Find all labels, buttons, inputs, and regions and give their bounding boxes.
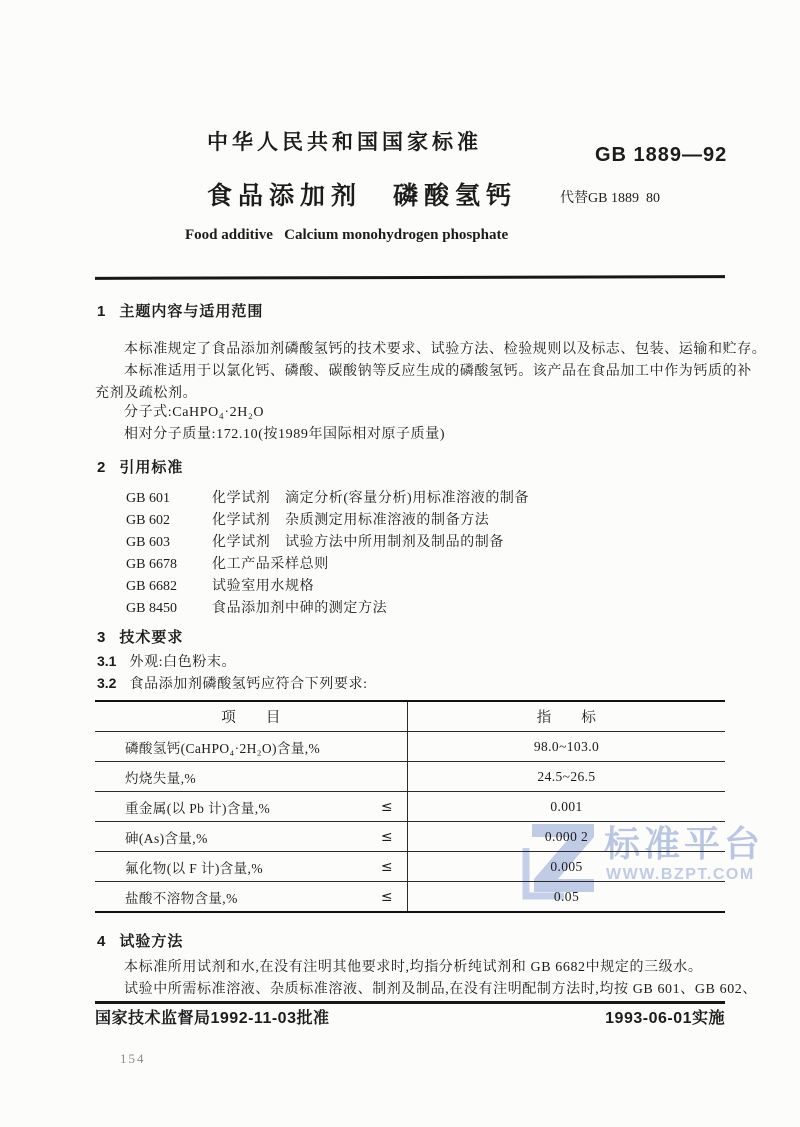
column-header-spec: 指 标 <box>408 701 726 732</box>
clause-3-2: 3.2食品添加剂磷酸氢钙应符合下列要求: <box>97 674 368 695</box>
row-item-label: 灼烧失量,% <box>95 767 196 787</box>
section-1-paragraph-2b: 充剂及疏松剂。 <box>95 385 197 404</box>
reference-item: GB 6678化工产品采样总则 <box>126 553 329 573</box>
document-title: 食品添加剂 磷酸氢钙 <box>207 180 517 214</box>
row-spec-value: 0.005 <box>408 852 726 882</box>
row-item-label: 重金属(以 Pb 计)含量,% <box>95 797 270 817</box>
row-item-label: 氟化物(以 F 计)含量,% <box>95 857 263 877</box>
clause-3-1: 3.1外观:白色粉末。 <box>97 652 236 673</box>
reference-text: 化学试剂 试验方法中所用制剂及制品的制备 <box>212 535 504 550</box>
section-2-number: 2 <box>97 458 105 478</box>
page-number: 154 <box>120 1050 146 1068</box>
row-spec-value: 98.0~103.0 <box>408 732 726 762</box>
header-divider-rule <box>95 275 725 280</box>
standard-number: GB 1889—92 <box>595 142 727 169</box>
table-row: 氟化物(以 F 计)含量,%≤ 0.005 <box>95 852 725 882</box>
table-row: 磷酸氢钙(CaHPO₄·2H₂O)含量,% 98.0~103.0 <box>95 732 725 762</box>
document-page: 标准平台 WWW.BZPT.COM 中华人民共和国国家标准 GB 1889—92… <box>0 0 800 1127</box>
reference-code: GB 6678 <box>126 557 212 573</box>
row-spec-value: 0.000 2 <box>408 822 726 852</box>
section-3-number: 3 <box>97 628 105 648</box>
reference-code: GB 6682 <box>126 579 212 595</box>
section-2-title: 引用标准 <box>119 459 183 476</box>
national-standard-title: 中华人民共和国国家标准 <box>207 129 482 157</box>
less-equal-symbol: ≤ <box>381 859 407 875</box>
section-4-number: 4 <box>97 932 105 952</box>
row-item-label: 磷酸氢钙(CaHPO₄·2H₂O)含量,% <box>95 737 320 757</box>
reference-item: GB 602化学试剂 杂质测定用标准溶液的制备方法 <box>126 509 489 529</box>
section-1-title: 主题内容与适用范围 <box>119 303 263 320</box>
row-item-label: 盐酸不溶物含量,% <box>95 887 238 907</box>
reference-text: 化工产品采样总则 <box>212 557 329 572</box>
reference-text: 食品添加剂中砷的测定方法 <box>212 601 387 616</box>
row-item-label: 砷(As)含量,% <box>95 827 208 847</box>
section-1-paragraph-2a: 本标准适用于以氯化钙、磷酸、碳酸钠等反应生成的磷酸氢钙。该产品在食品加工中作为钙… <box>124 363 752 382</box>
section-3-heading: 3技术要求 <box>97 628 183 648</box>
section-1-number: 1 <box>97 302 105 322</box>
reference-text: 化学试剂 滴定分析(容量分析)用标准溶液的制备 <box>212 491 529 506</box>
section-4-heading: 4试验方法 <box>97 932 183 952</box>
section-1-paragraph-1: 本标准规定了食品添加剂磷酸氢钙的技术要求、试验方法、检验规则以及标志、包装、运输… <box>124 341 766 360</box>
less-equal-symbol: ≤ <box>381 889 407 905</box>
section-4-paragraph-1: 本标准所用试剂和水,在没有注明其他要求时,均指分析纯试剂和 GB 6682中规定… <box>124 959 702 978</box>
less-equal-symbol: ≤ <box>381 799 407 815</box>
reference-code: GB 603 <box>126 535 212 551</box>
reference-code: GB 602 <box>126 513 212 529</box>
implementation-note: 1993-06-01实施 <box>95 1008 725 1030</box>
clause-text: 食品添加剂磷酸氢钙应符合下列要求: <box>129 677 367 692</box>
reference-code: GB 8450 <box>126 601 212 617</box>
reference-item: GB 6682试验室用水规格 <box>126 575 314 595</box>
row-spec-value: 0.001 <box>408 792 726 822</box>
table-header-row: 项 目 指 标 <box>95 701 725 732</box>
molecular-formula: 分子式:CaHPO₄·2H₂O <box>124 404 264 423</box>
table-row: 盐酸不溶物含量,%≤ 0.05 <box>95 882 725 913</box>
section-1-heading: 1主题内容与适用范围 <box>97 302 263 322</box>
clause-number: 3.2 <box>97 674 116 693</box>
table-row: 重金属(以 Pb 计)含量,%≤ 0.001 <box>95 792 725 822</box>
replaces-note: 代替GB 1889 80 <box>560 190 660 209</box>
english-title: Food additive Calcium monohydrogen phosp… <box>185 225 508 245</box>
reference-code: GB 601 <box>126 491 212 507</box>
section-2-heading: 2引用标准 <box>97 458 183 478</box>
reference-item: GB 603化学试剂 试验方法中所用制剂及制品的制备 <box>126 531 504 551</box>
section-4-paragraph-2: 试验中所需标准溶液、杂质标准溶液、制剂及制品,在没有注明配制方法时,均按 GB … <box>124 981 757 1000</box>
clause-text: 外观:白色粉末。 <box>129 655 236 670</box>
reference-text: 化学试剂 杂质测定用标准溶液的制备方法 <box>212 513 489 528</box>
molar-mass: 相对分子质量:172.10(按1989年国际相对原子质量) <box>124 426 445 445</box>
clause-number: 3.1 <box>97 652 116 671</box>
row-spec-value: 0.05 <box>408 882 726 913</box>
reference-text: 试验室用水规格 <box>212 579 314 594</box>
reference-item: GB 8450食品添加剂中砷的测定方法 <box>126 597 387 617</box>
footer-divider-rule <box>95 1001 725 1004</box>
section-4-title: 试验方法 <box>119 933 183 950</box>
row-spec-value: 24.5~26.5 <box>408 762 726 792</box>
column-header-item: 项 目 <box>95 701 408 732</box>
spec-table: 项 目 指 标 磷酸氢钙(CaHPO₄·2H₂O)含量,% 98.0~103.0… <box>95 700 725 913</box>
table-row: 灼烧失量,% 24.5~26.5 <box>95 762 725 792</box>
table-row: 砷(As)含量,%≤ 0.000 2 <box>95 822 725 852</box>
less-equal-symbol: ≤ <box>381 829 407 845</box>
section-3-title: 技术要求 <box>119 629 183 646</box>
reference-item: GB 601化学试剂 滴定分析(容量分析)用标准溶液的制备 <box>126 487 529 507</box>
